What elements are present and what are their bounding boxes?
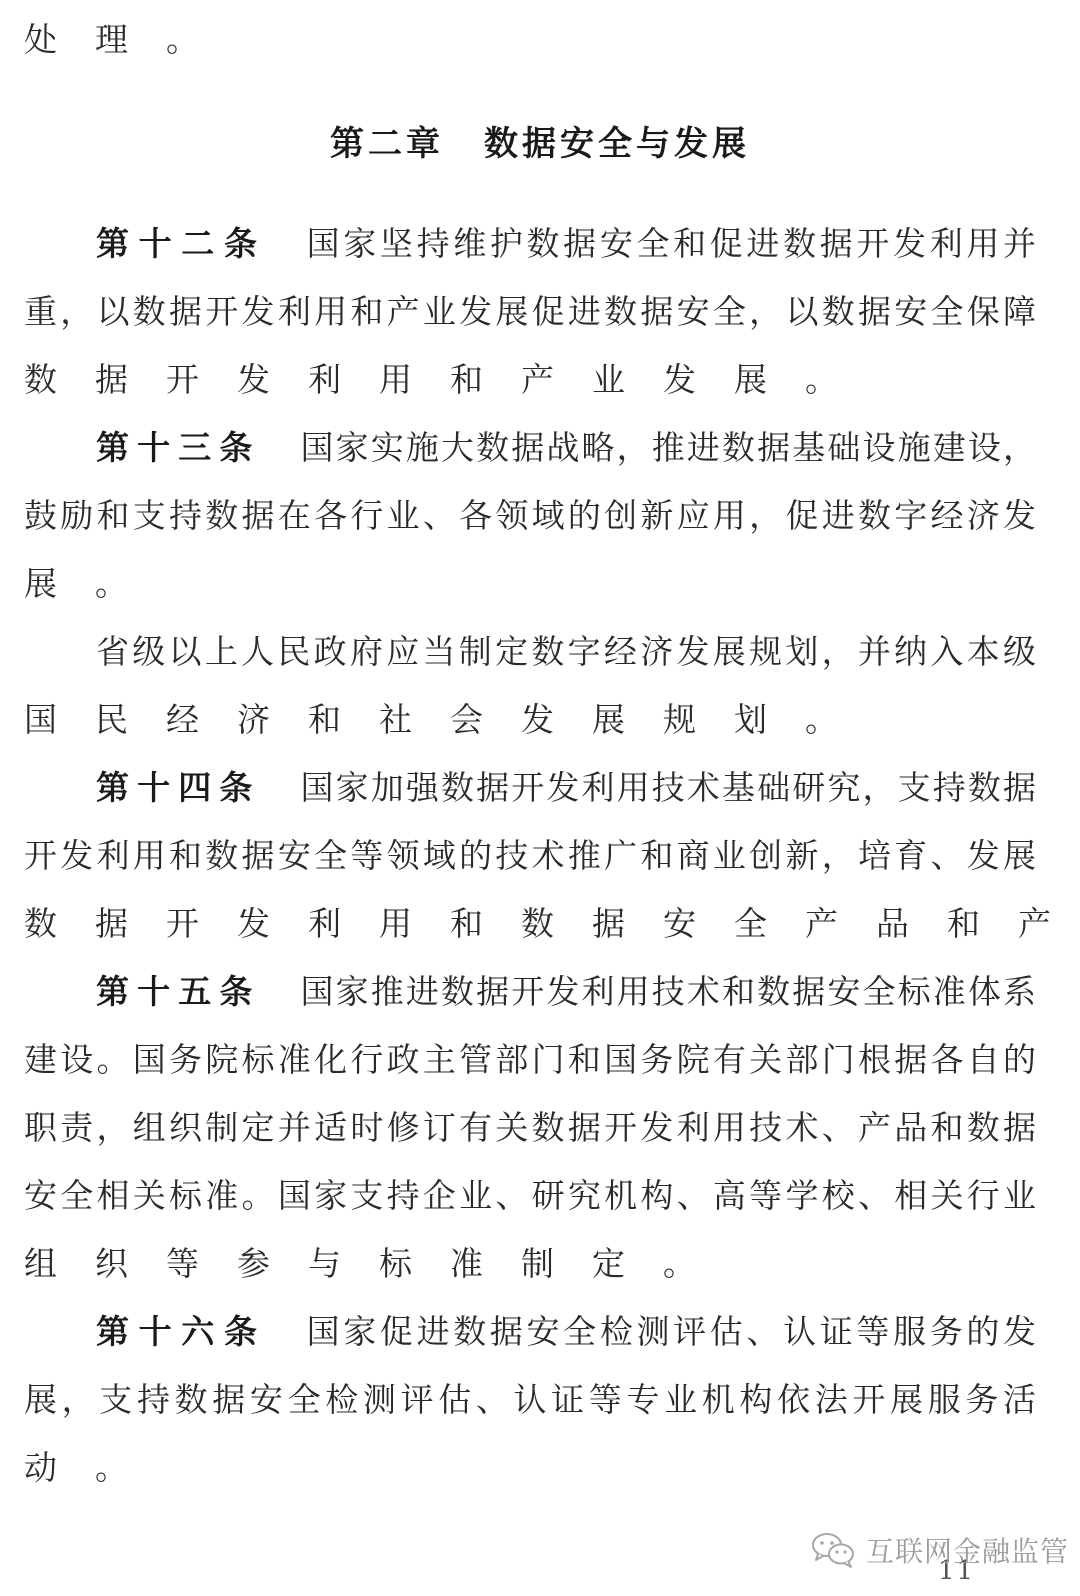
article-heading: 第十四条 xyxy=(96,768,261,807)
article-12-line-2: 重，以数据开发利用和产业发展促进数据安全，以数据安全保障 xyxy=(24,278,1036,346)
wechat-icon xyxy=(810,1530,858,1570)
article-15-line-4: 安全相关标准。国家支持企业、研究机构、高等学校、相关行业 xyxy=(24,1162,1036,1230)
article-16-line-3: 动。 xyxy=(24,1434,1036,1502)
chapter-title: 第二章数据安全与发展 xyxy=(0,110,1080,178)
source-watermark: 互联网金融监管 xyxy=(810,1528,1069,1572)
article-heading: 第十六条 xyxy=(96,1312,267,1351)
article-15-line-3: 职责，组织制定并适时修订有关数据开发利用技术、产品和数据 xyxy=(24,1094,1036,1162)
article-12-line-3: 数据开发利用和产业发展。 xyxy=(24,346,1036,414)
article-12-line-1: 第十二条国家坚持维护数据安全和促进数据开发利用并 xyxy=(24,210,1036,278)
article-15-line-2: 建设。国务院标准化行政主管部门和国务院有关部门根据各自的 xyxy=(24,1026,1036,1094)
watermark-text: 互联网金融监管 xyxy=(866,1530,1069,1570)
article-13-para-2-line-1: 省级以上人民政府应当制定数字经济发展规划，并纳入本级 xyxy=(24,618,1036,686)
article-14-line-2: 开发利用和数据安全等领域的技术推广和商业创新，培育、发展 xyxy=(24,822,1036,890)
article-heading: 第十二条 xyxy=(96,224,267,263)
article-13-line-2: 鼓励和支持数据在各行业、各领域的创新应用，促进数字经济发 xyxy=(24,482,1036,550)
article-heading: 第十三条 xyxy=(96,428,261,467)
article-heading: 第十五条 xyxy=(96,972,261,1011)
article-16-line-2: 展，支持数据安全检测评估、认证等专业机构依法开展服务活 xyxy=(24,1366,1036,1434)
chapter-name: 数据安全与发展 xyxy=(484,124,750,164)
continuation-line: 处理。 xyxy=(24,6,1036,74)
chapter-number: 第二章 xyxy=(330,124,444,164)
article-13-line-1: 第十三条国家实施大数据战略，推进数据基础设施建设， xyxy=(24,414,1036,482)
article-16-line-1: 第十六条国家促进数据安全检测评估、认证等服务的发 xyxy=(24,1298,1036,1366)
article-14-line-1: 第十四条国家加强数据开发利用技术基础研究，支持数据 xyxy=(24,754,1036,822)
article-15-line-5: 组织等参与标准制定。 xyxy=(24,1230,1036,1298)
article-14-line-3: 数据开发利用和数据安全产品和产业体系。 xyxy=(24,890,1036,958)
article-13-para-2-line-2: 国民经济和社会发展规划。 xyxy=(24,686,1036,754)
article-13-line-3: 展。 xyxy=(24,550,1036,618)
article-15-line-1: 第十五条国家推进数据开发利用技术和数据安全标准体系 xyxy=(24,958,1036,1026)
